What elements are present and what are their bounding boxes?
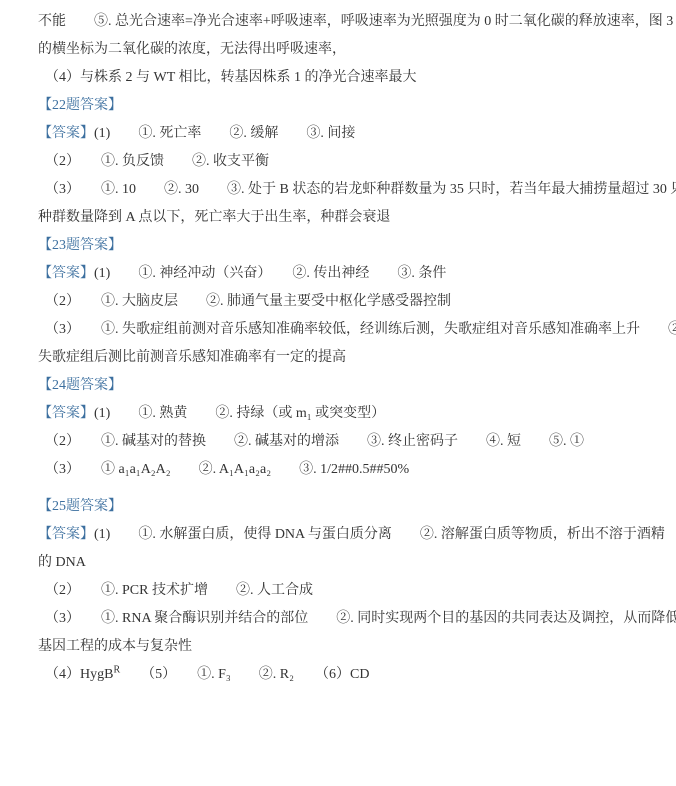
answer-label: 【答案】: [38, 406, 94, 421]
q22-answer-line-1: 【答案】(1) ①. 死亡率 ②. 缓解 ③. 间接: [38, 120, 658, 148]
section-header-q23: 【23题答案】: [38, 232, 658, 260]
q24-answer-line-2: （2） ①. 碱基对的替换 ②. 碱基对的增添 ③. 终止密码子 ④. 短 ⑤.…: [38, 428, 658, 456]
q22-answer-line-2: （2） ①. 负反馈 ②. 收支平衡: [38, 148, 658, 176]
q25-answer-line-3: （3） ①. RNA 聚合酶识别并结合的部位 ②. 同时实现两个目的基因的共同表…: [38, 605, 658, 633]
q22-answer-line-3-cont: 种群数量降到 A 点以下，死亡率大于出生率，种群会衰退: [38, 204, 658, 232]
q23-answer-line-3: （3） ①. 失歌症组前测对音乐感知准确率较低，经训练后测，失歌症组对音乐感知准…: [38, 316, 658, 344]
q25-answer-line-1: 【答案】(1) ①. 水解蛋白质，使得 DNA 与蛋白质分离 ②. 溶解蛋白质等…: [38, 521, 658, 549]
q23-answer-line-2: （2） ①. 大脑皮层 ②. 肺通气量主要受中枢化学感受器控制: [38, 288, 658, 316]
answer-text: (1) ①. 水解蛋白质，使得 DNA 与蛋白质分离 ②. 溶解蛋白质等物质，析…: [94, 527, 665, 542]
answer-text: (1) ①. 神经冲动（兴奋） ②. 传出神经 ③. 条件: [94, 266, 446, 281]
document-page: 不能 ⑤. 总光合速率=净光合速率+呼吸速率，呼吸速率为光照强度为 0 时二氧化…: [0, 0, 676, 786]
q25-answer-line-4: （4）HygBR （5） ①. F₃ ②. R₂ （6）CD: [38, 661, 658, 689]
answer-label: 【答案】: [38, 527, 94, 542]
answer-label: 【答案】: [38, 266, 94, 281]
intro-line-2: 的横坐标为二氧化碳的浓度，无法得出呼吸速率，: [38, 36, 658, 64]
answer-text-post: （5） ①. F₃ ②. R₂ （6）CD: [120, 667, 369, 682]
answer-text: (1) ①. 熟黄 ②. 持绿（或 m₁ 或突变型）: [94, 406, 385, 421]
q25-answer-line-3-cont: 基因工程的成本与复杂性: [38, 633, 658, 661]
answer-text: (1) ①. 死亡率 ②. 缓解 ③. 间接: [94, 126, 355, 141]
q24-answer-line-3: （3） ① a₁a₁A₂A₂ ②. A₁A₁a₂a₂ ③. 1/2##0.5##…: [38, 456, 658, 484]
intro-item-4: （4）与株系 2 与 WT 相比，转基因株系 1 的净光合速率最大: [38, 64, 658, 92]
intro-line-1: 不能 ⑤. 总光合速率=净光合速率+呼吸速率，呼吸速率为光照强度为 0 时二氧化…: [38, 8, 658, 36]
section-header-q25: 【25题答案】: [38, 493, 658, 521]
answer-text-pre: （4）HygB: [45, 667, 113, 682]
q22-answer-line-3: （3） ①. 10 ②. 30 ③. 处于 B 状态的岩龙虾种群数量为 35 只…: [38, 176, 658, 204]
q25-answer-line-2: （2） ①. PCR 技术扩增 ②. 人工合成: [38, 577, 658, 605]
q23-answer-line-3-cont: 失歌症组后测比前测音乐感知准确率有一定的提高: [38, 344, 658, 372]
section-header-q24: 【24题答案】: [38, 372, 658, 400]
answer-label: 【答案】: [38, 126, 94, 141]
q24-answer-line-1: 【答案】(1) ①. 熟黄 ②. 持绿（或 m₁ 或突变型）: [38, 400, 658, 428]
section-header-q22: 【22题答案】: [38, 92, 658, 120]
q25-answer-line-1-cont: 的 DNA: [38, 549, 658, 577]
q23-answer-line-1: 【答案】(1) ①. 神经冲动（兴奋） ②. 传出神经 ③. 条件: [38, 260, 658, 288]
